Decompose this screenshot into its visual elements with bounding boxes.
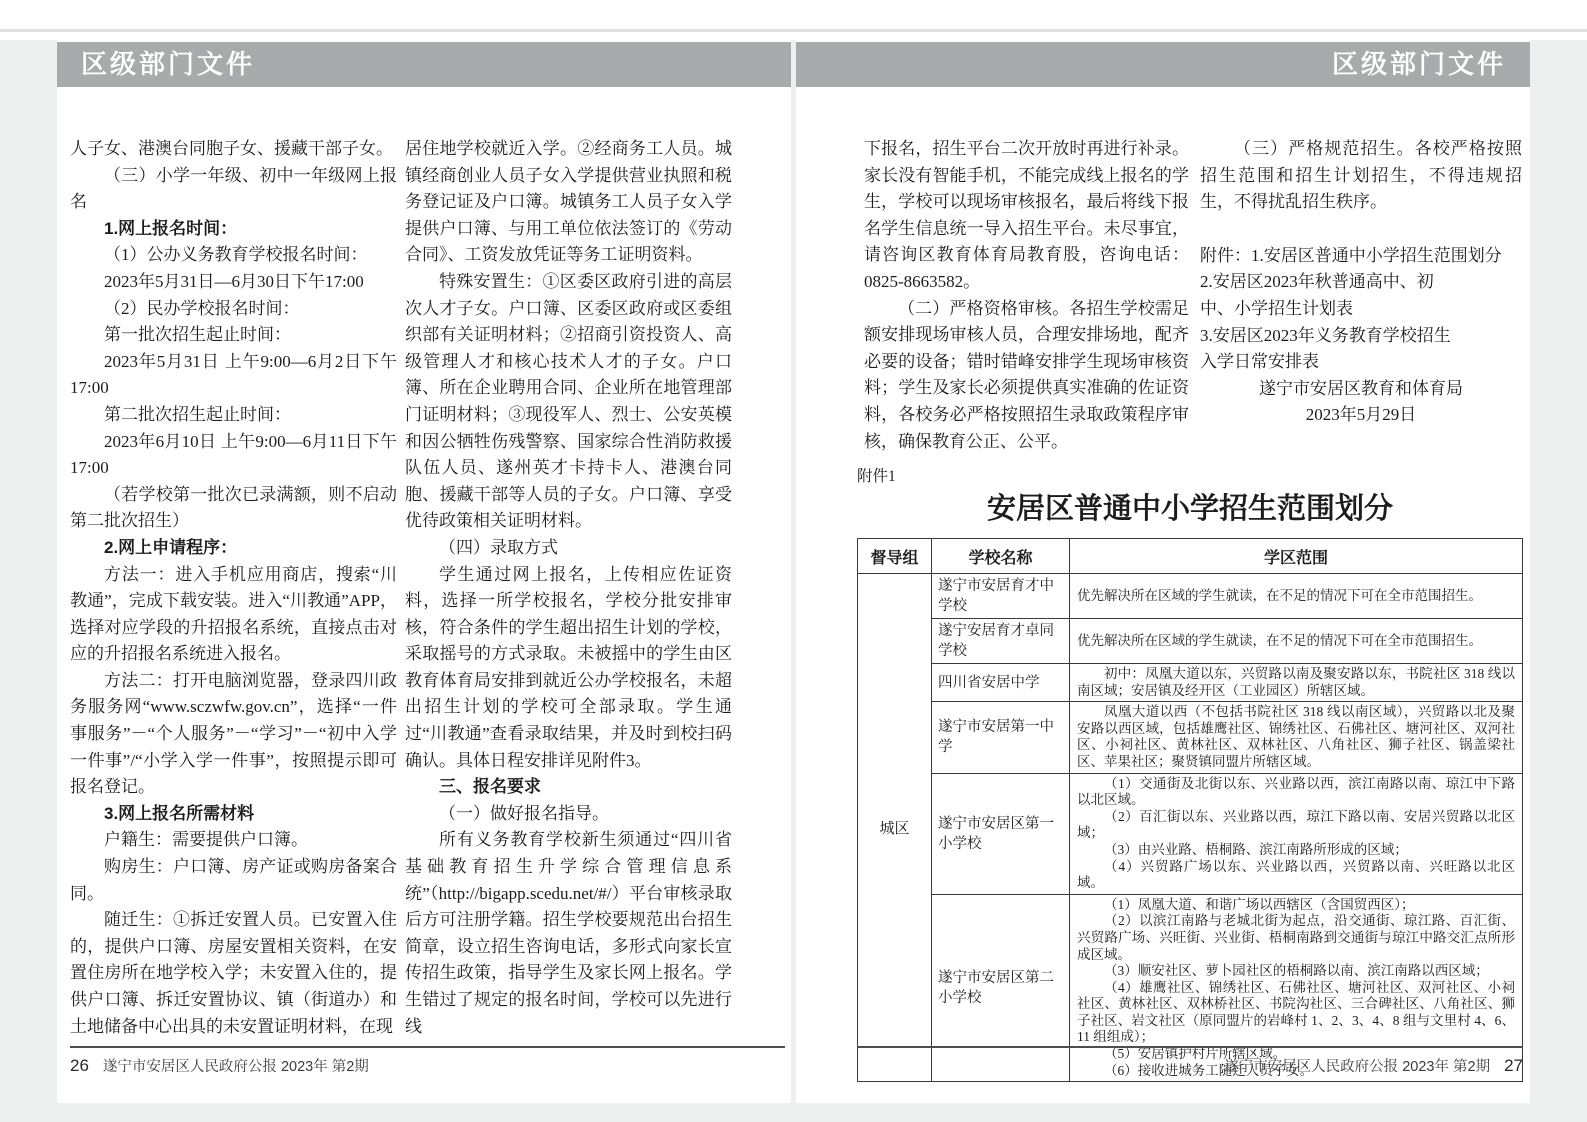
attachment-item: 中、小学招生计划表: [1200, 296, 1522, 323]
paragraph: （二）严格资格审核。各招生学校需足额安排现场审核人员，合理安排场地，配齐必要的设…: [864, 296, 1189, 456]
table-row: 城区 遂宁市安居育才中学校 优先解决所在区域的学生就读，在不足的情况下可在全市范…: [858, 574, 1523, 619]
paragraph: （三）小学一年级、初中一年级网上报名: [70, 163, 397, 216]
school-name-cell: 遂宁市安居育才中学校: [932, 574, 1070, 619]
paragraph: 居住地学校就近入学。②经商务工人员。城镇经商创业人员子女入学提供营业执照和税务登…: [405, 136, 732, 269]
gazette-page-right: 区级部门文件 下报名，招生平台二次开放时再进行补录。家长没有智能手机，不能完成线…: [796, 40, 1530, 1103]
paragraph: 2023年6月10日 上午9:00—6月11日下午17:00: [70, 429, 397, 482]
school-name-cell: 四川省安居中学: [932, 664, 1070, 702]
attachment-item: 3.安居区2023年义务教育学校招生: [1200, 323, 1522, 350]
district-range-cell: （1）凤凰大道、和谐广场以西辖区（含国贸西区）；（2）以滨江南路与老城北街为起点…: [1070, 894, 1523, 1082]
supervision-group-cell: 城区: [858, 574, 932, 1082]
section-banner-right: 区级部门文件: [796, 42, 1530, 87]
column-header-supervision-group: 督导组: [858, 539, 932, 574]
footer-right: 遂宁市安居区人民政府公报 2023年 第2期27: [857, 1055, 1523, 1076]
column-header-school-name: 学校名称: [932, 539, 1070, 574]
footer-publication-title: 遂宁市安居区人民政府公报 2023年 第2期: [103, 1059, 369, 1075]
paragraph: 户籍生：需要提供户口簿。: [70, 827, 397, 854]
left-page-column-2: 居住地学校就近入学。②经商务工人员。城镇经商创业人员子女入学提供营业执照和税务登…: [405, 136, 732, 1040]
footer-rule: [70, 1046, 785, 1048]
attachment-number-label: 附件1: [857, 464, 896, 486]
heading: 1.网上报名时间：: [70, 216, 397, 243]
heading: 3.网上报名所需材料: [70, 801, 397, 828]
table-row: 遂宁市安居区第二小学校 （1）凤凰大道、和谐广场以西辖区（含国贸西区）；（2）以…: [858, 894, 1523, 1082]
attachment-item: 2.安居区2023年秋普通高中、初: [1200, 269, 1522, 296]
footer-publication-title: 遂宁市安居区人民政府公报 2023年 第2期: [1224, 1059, 1490, 1075]
paragraph: 购房生：户口簿、房产证或购房备案合同。: [70, 854, 397, 907]
school-name-cell: 遂宁市安居第一中学: [932, 702, 1070, 773]
paragraph: 2023年5月31日 上午9:00—6月2日下午17:00: [70, 349, 397, 402]
paragraph: （2）民办学校报名时间：: [70, 296, 397, 323]
section-banner-left: 区级部门文件: [57, 42, 791, 87]
table-row: 四川省安居中学 初中：凤凰大道以东，兴贸路以南及聚安路以东，书院社区 318 线…: [858, 664, 1523, 702]
paragraph: （三）严格规范招生。各校严格按照招生范围和招生计划招生，不得违规招生，不得扰乱招…: [1200, 136, 1522, 216]
footer-left: 26遂宁市安居区人民政府公报 2023年 第2期: [70, 1055, 369, 1076]
top-margin-strip: [0, 0, 1587, 40]
district-range-cell: 优先解决所在区域的学生就读，在不足的情况下可在全市范围招生。: [1070, 619, 1523, 664]
paragraph: 特殊安置生：①区委区政府引进的高层次人才子女。户口簿、区委区政府或区委组织部有关…: [405, 269, 732, 535]
paragraph: （一）做好报名指导。: [405, 801, 732, 828]
issuing-authority: 遂宁市安居区教育和体育局: [1200, 376, 1522, 403]
table-title: 安居区普通中小学招生范围划分: [857, 486, 1523, 527]
table-row: 遂宁安居育才卓同学校 优先解决所在区域的学生就读，在不足的情况下可在全市范围招生…: [858, 619, 1523, 664]
attachments-list: 附件：1.安居区普通中小学招生范围划分 2.安居区2023年秋普通高中、初 中、…: [1200, 243, 1522, 376]
school-name-cell: 遂宁市安居区第一小学校: [932, 773, 1070, 894]
paragraph: 方法一：进入手机应用商店，搜索“川教通”，完成下载安装。进入“川教通”APP，选…: [70, 562, 397, 668]
paragraph: 人子女、港澳台同胞子女、援藏干部子女。: [70, 136, 397, 163]
table-row: 遂宁市安居区第一小学校 （1）交通街及北街以东、兴业路以西，滨江南路以南、琼江中…: [858, 773, 1523, 894]
paragraph: 随迁生：①拆迁安置人员。已安置入住的，提供户口簿、房屋安置相关资料，在安置住房所…: [70, 907, 397, 1040]
district-range-cell: 初中：凤凰大道以东，兴贸路以南及聚安路以东，书院社区 318 线以南区域；安居镇…: [1070, 664, 1523, 702]
gazette-page-left: 区级部门文件 人子女、港澳台同胞子女、援藏干部子女。 （三）小学一年级、初中一年…: [57, 40, 791, 1103]
paragraph: 所有义务教育学校新生须通过“四川省基础教育招生升学综合管理信息系统”（http:…: [405, 827, 732, 1040]
paragraph: （四）录取方式: [405, 535, 732, 562]
table-row: 遂宁市安居第一中学 凤凰大道以西（不包括书院社区 318 线以南区域），兴贸路以…: [858, 702, 1523, 773]
paragraph: 学生通过网上报名，上传相应佐证资料，选择一所学校报名，学校分批安排审核，符合条件…: [405, 562, 732, 775]
right-page-column-1: 下报名，招生平台二次开放时再进行补录。家长没有智能手机，不能完成线上报名的学生，…: [864, 136, 1189, 455]
paragraph: 2023年5月31日—6月30日下午17:00: [70, 269, 397, 296]
heading: 2.网上申请程序：: [70, 535, 397, 562]
left-page-column-1: 人子女、港澳台同胞子女、援藏干部子女。 （三）小学一年级、初中一年级网上报名 1…: [70, 136, 397, 1040]
district-range-cell: （1）交通街及北街以东、兴业路以西，滨江南路以南、琼江中下路以北区域。（2）百汇…: [1070, 773, 1523, 894]
right-page-column-2: （三）严格规范招生。各校严格按照招生范围和招生计划招生，不得违规招生，不得扰乱招…: [1200, 136, 1522, 429]
paragraph: （1）公办义务教育学校报名时间：: [70, 242, 397, 269]
attachment-item: 入学日常安排表: [1200, 349, 1522, 376]
paragraph: 第二批次招生起止时间：: [70, 402, 397, 429]
district-range-cell: 优先解决所在区域的学生就读，在不足的情况下可在全市范围招生。: [1070, 574, 1523, 619]
issue-date: 2023年5月29日: [1200, 402, 1522, 429]
paragraph: 下报名，招生平台二次开放时再进行补录。家长没有智能手机，不能完成线上报名的学生，…: [864, 136, 1189, 296]
paragraph: 方法二：打开电脑浏览器，登录四川政务服务网“www.sczwfw.gov.cn”…: [70, 668, 397, 801]
paragraph: 第一批次招生起止时间：: [70, 322, 397, 349]
school-name-cell: 遂宁安居育才卓同学校: [932, 619, 1070, 664]
top-divider-line: [0, 29, 1587, 32]
page-number: 27: [1504, 1056, 1523, 1075]
footer-rule: [857, 1046, 1523, 1048]
heading: 三、报名要求: [405, 774, 732, 801]
table-header-row: 督导组 学校名称 学区范围: [858, 539, 1523, 574]
attachment-item: 附件：1.安居区普通中小学招生范围划分: [1200, 243, 1522, 270]
page-number: 26: [70, 1056, 89, 1075]
school-name-cell: 遂宁市安居区第二小学校: [932, 894, 1070, 1082]
paragraph: （若学校第一批次已录满额，则不启动第二批次招生）: [70, 482, 397, 535]
district-range-cell: 凤凰大道以西（不包括书院社区 318 线以南区域），兴贸路以北及聚安路以西区域，…: [1070, 702, 1523, 773]
enrollment-range-table: 督导组 学校名称 学区范围 城区 遂宁市安居育才中学校 优先解决所在区域的学生就…: [857, 538, 1523, 1082]
column-header-district-range: 学区范围: [1070, 539, 1523, 574]
